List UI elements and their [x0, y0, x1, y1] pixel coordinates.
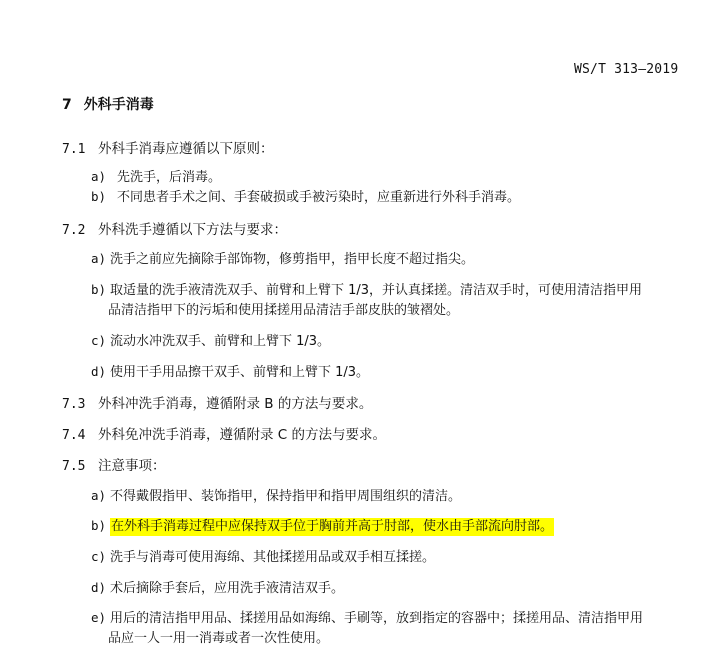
- item-marker: c): [91, 333, 110, 348]
- item-marker: d): [91, 364, 110, 379]
- list-item: d)使用干手用品擦干双手、前臂和上臂下 1/3。: [91, 361, 369, 380]
- clause-number: 7.2: [62, 223, 98, 238]
- section-number: 7: [62, 97, 72, 113]
- clause-7-4: 7.4外科免冲洗手消毒，遵循附录 C 的方法与要求。: [62, 423, 386, 443]
- item-text: 先洗手，后消毒。: [117, 170, 221, 185]
- item-marker: a): [91, 251, 110, 266]
- item-text: 不得戴假指甲、装饰指甲，保持指甲和指甲周围组织的清洁。: [110, 489, 461, 504]
- clause-7-2: 7.2外科洗手遵循以下方法与要求：: [62, 218, 287, 238]
- item-marker: a): [91, 169, 117, 184]
- item-marker: b): [91, 282, 110, 297]
- list-item: c)流动水冲洗双手、前臂和上臂下 1/3。: [91, 330, 330, 349]
- clause-text: 外科免冲洗手消毒，遵循附录 C 的方法与要求。: [98, 427, 386, 443]
- list-item: a)洗手之前应先摘除手部饰物，修剪指甲，指甲长度不超过指尖。: [91, 248, 474, 267]
- item-marker: d): [91, 580, 110, 595]
- item-marker: b): [91, 189, 117, 204]
- list-item: b)不同患者手术之间、手套破损或手被污染时，应重新进行外科手消毒。: [91, 186, 520, 205]
- section-title: 外科手消毒: [84, 97, 154, 113]
- clause-number: 7.5: [62, 459, 98, 474]
- list-item: a)先洗手，后消毒。: [91, 166, 221, 185]
- item-text: 洗手之前应先摘除手部饰物，修剪指甲，指甲长度不超过指尖。: [110, 252, 474, 267]
- item-marker: b): [91, 518, 110, 533]
- clause-7-1: 7.1外科手消毒应遵循以下原则：: [62, 137, 274, 157]
- item-text: 不同患者手术之间、手套破损或手被污染时，应重新进行外科手消毒。: [117, 190, 520, 205]
- item-marker: c): [91, 549, 110, 564]
- item-continuation: 品应一人一用一消毒或者一次性使用。: [108, 627, 329, 646]
- item-marker: e): [91, 610, 110, 625]
- clause-number: 7.4: [62, 428, 98, 443]
- item-text: 使用干手用品擦干双手、前臂和上臂下 1/3。: [110, 365, 369, 380]
- list-item: a)不得戴假指甲、装饰指甲，保持指甲和指甲周围组织的清洁。: [91, 485, 461, 504]
- list-item: b)取适量的洗手液清洗双手、前臂和上臂下 1/3，并认真揉搓。清洁双手时，可使用…: [91, 279, 642, 298]
- item-text: 洗手与消毒可使用海绵、其他揉搓用品或双手相互揉搓。: [110, 550, 435, 565]
- list-item: d)术后摘除手套后，应用洗手液清洁双手。: [91, 577, 344, 596]
- clause-7-3: 7.3外科冲洗手消毒，遵循附录 B 的方法与要求。: [62, 392, 372, 412]
- list-item: b)在外科手消毒过程中应保持双手位于胸前并高于肘部，使水由手部流向肘部。: [91, 515, 554, 534]
- clause-text: 外科洗手遵循以下方法与要求：: [98, 222, 287, 238]
- clause-7-5: 7.5注意事项：: [62, 454, 166, 474]
- section-heading: 7外科手消毒: [62, 94, 154, 114]
- list-item: e)用后的清洁指甲用品、揉搓用品如海绵、手刷等，放到指定的容器中；揉搓用品、清洁…: [91, 607, 643, 626]
- item-text: 取适量的洗手液清洗双手、前臂和上臂下 1/3，并认真揉搓。清洁双手时，可使用清洁…: [110, 283, 642, 298]
- item-marker: a): [91, 488, 110, 503]
- item-text: 术后摘除手套后，应用洗手液清洁双手。: [110, 581, 344, 596]
- clause-text: 注意事项：: [98, 458, 166, 474]
- item-text: 用后的清洁指甲用品、揉搓用品如海绵、手刷等，放到指定的容器中；揉搓用品、清洁指甲…: [110, 611, 643, 626]
- highlighted-text[interactable]: 在外科手消毒过程中应保持双手位于胸前并高于肘部，使水由手部流向肘部。: [110, 518, 554, 536]
- list-item: c)洗手与消毒可使用海绵、其他揉搓用品或双手相互揉搓。: [91, 546, 435, 565]
- standard-number: WS/T 313—2019: [574, 62, 678, 77]
- item-text: 流动水冲洗双手、前臂和上臂下 1/3。: [110, 334, 330, 349]
- clause-number: 7.1: [62, 142, 98, 157]
- clause-text: 外科手消毒应遵循以下原则：: [98, 141, 274, 157]
- item-continuation: 品清洁指甲下的污垢和使用揉搓用品清洁手部皮肤的皱褶处。: [108, 299, 459, 318]
- clause-number: 7.3: [62, 397, 98, 412]
- clause-text: 外科冲洗手消毒，遵循附录 B 的方法与要求。: [98, 396, 372, 412]
